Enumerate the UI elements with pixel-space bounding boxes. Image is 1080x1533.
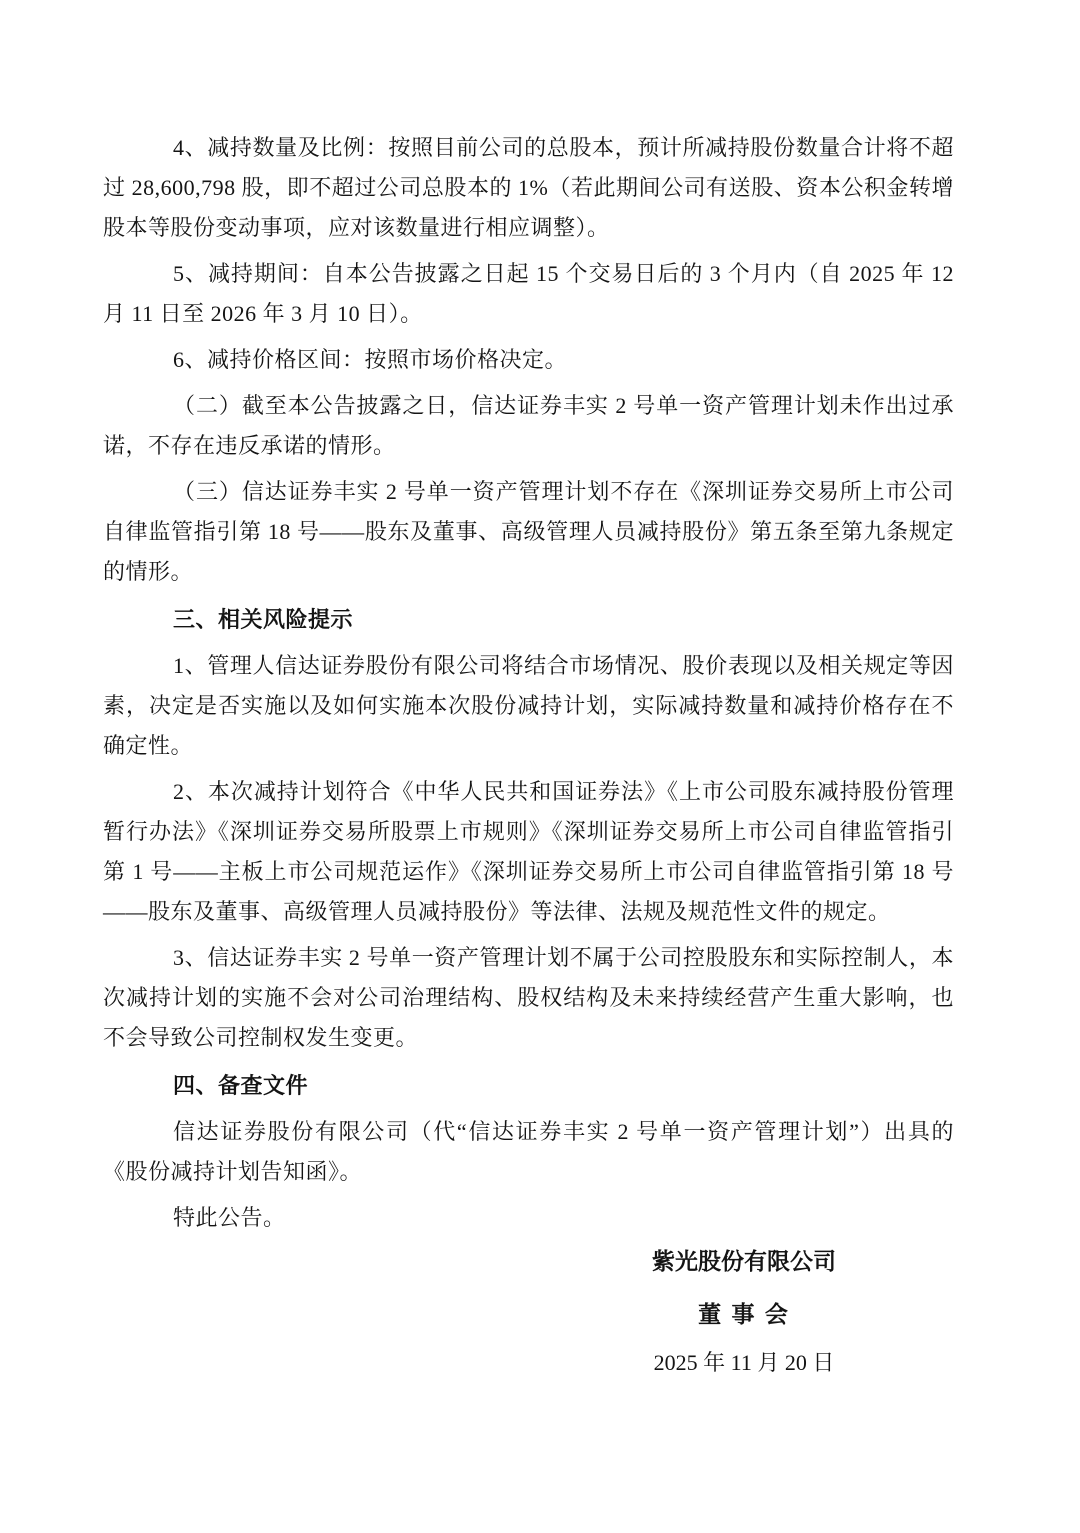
para-reduction-price-range: 6、减持价格区间：按照市场价格决定。 (103, 340, 954, 380)
para-guideline-compliance: （三）信达证券丰实 2 号单一资产管理计划不存在《深圳证券交易所上市公司自律监管… (103, 472, 954, 592)
signature-company: 紫光股份有限公司 (544, 1241, 944, 1281)
announcement-body: 4、减持数量及比例：按照目前公司的总股本，预计所减持股份数量合计将不超过 28,… (103, 128, 954, 1383)
heading-risk-notice: 三、相关风险提示 (103, 600, 954, 640)
signature-board: 董 事 会 (544, 1294, 944, 1334)
signature-date: 2025 年 11 月 20 日 (544, 1343, 944, 1383)
para-risk-uncertainty: 1、管理人信达证券股份有限公司将结合市场情况、股价表现以及相关规定等因素，决定是… (103, 646, 954, 766)
para-legal-compliance: 2、本次减持计划符合《中华人民共和国证券法》《上市公司股东减持股份管理暂行办法》… (103, 772, 954, 932)
para-reduction-quantity-ratio: 4、减持数量及比例：按照目前公司的总股本，预计所减持股份数量合计将不超过 28,… (103, 128, 954, 248)
para-reduction-period: 5、减持期间：自本公告披露之日起 15 个交易日后的 3 个月内（自 2025 … (103, 254, 954, 334)
closing-statement: 特此公告。 (103, 1198, 954, 1238)
signature-block: 紫光股份有限公司 董 事 会 2025 年 11 月 20 日 (544, 1241, 944, 1383)
para-reference-document-item: 信达证券股份有限公司（代“信达证券丰实 2 号单一资产管理计划”）出具的《股份减… (103, 1112, 954, 1192)
document-page: 4、减持数量及比例：按照目前公司的总股本，预计所减持股份数量合计将不超过 28,… (0, 0, 1080, 1533)
para-commitment-status: （二）截至本公告披露之日，信达证券丰实 2 号单一资产管理计划未作出过承诺，不存… (103, 386, 954, 466)
para-no-control-change: 3、信达证券丰实 2 号单一资产管理计划不属于公司控股股东和实际控制人，本次减持… (103, 938, 954, 1058)
heading-reference-documents: 四、备查文件 (103, 1066, 954, 1106)
